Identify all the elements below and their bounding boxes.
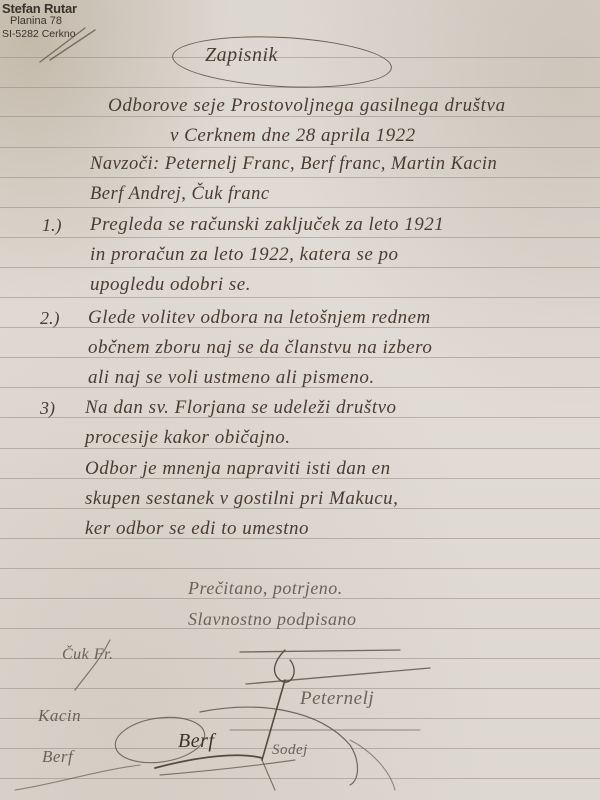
signature-flourishes bbox=[0, 0, 600, 800]
